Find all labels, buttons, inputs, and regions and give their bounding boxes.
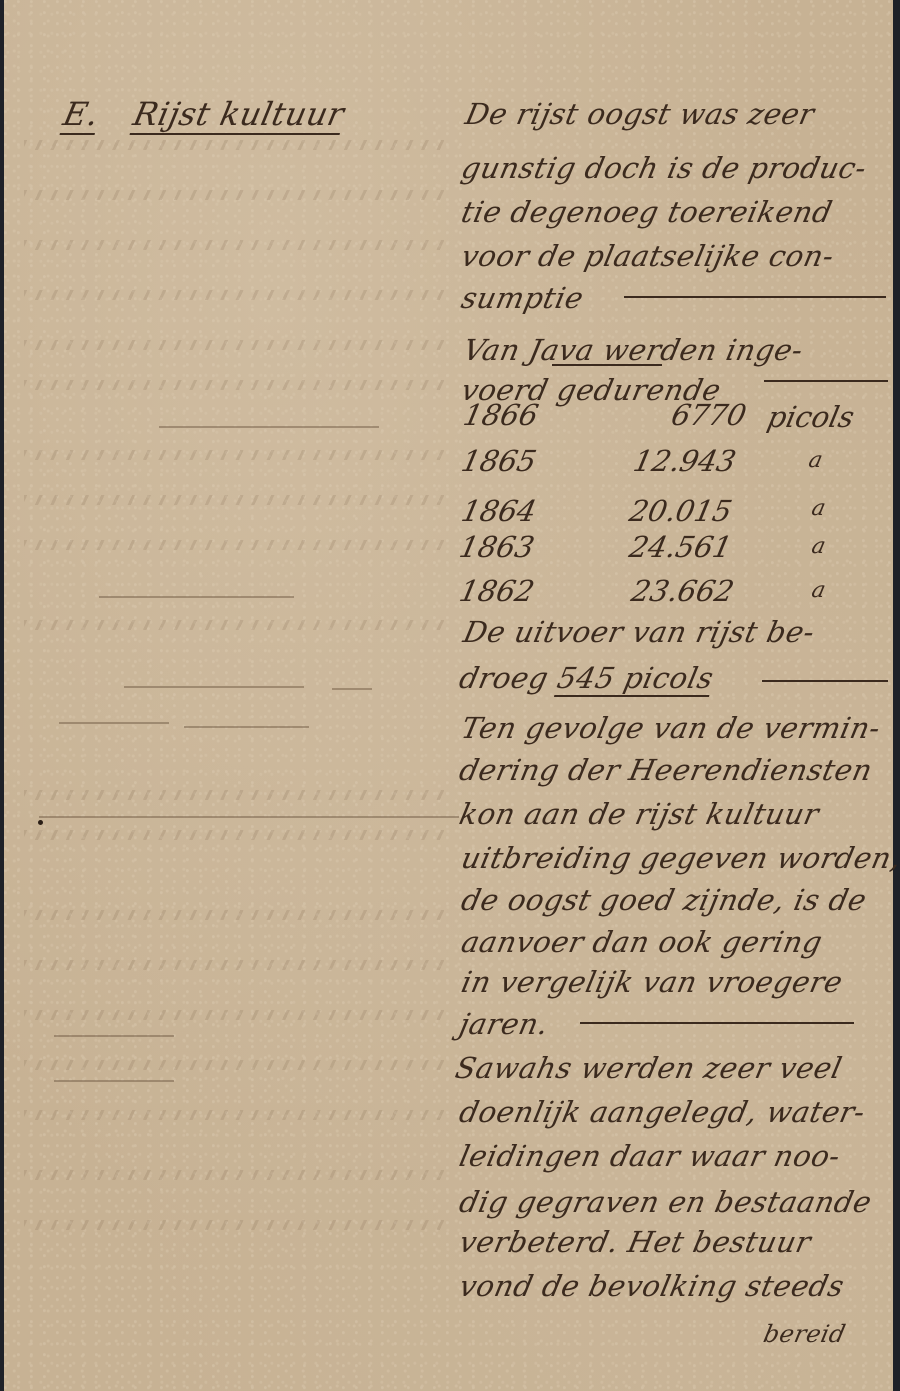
text-line: dig gegraven en bestaande [455, 1180, 876, 1224]
amount-cell: 20.015 [626, 494, 735, 528]
amount-cell: 6770 [668, 398, 749, 432]
unit-cell: picols [764, 400, 857, 434]
bleed-through-text [24, 130, 444, 1280]
text-line: verbeterd. Het bestuur [455, 1220, 815, 1264]
text-line: vond de bevolking steeds [455, 1264, 848, 1308]
text-line: tie degenoeg toereikend [457, 190, 836, 234]
text-line: sumptie [457, 276, 588, 320]
year-cell: 1864 [458, 494, 539, 528]
section-title: Rijst kultuur [129, 92, 348, 136]
text-line: gunstig doch is de produc- [457, 146, 871, 190]
text-line: De rijst oogst was zeer [461, 92, 818, 136]
amount-cell: 23.662 [628, 574, 737, 608]
text-line: kon aan de rijst kultuur [455, 792, 823, 836]
year-cell: 1862 [456, 574, 537, 608]
text-line: dering der Heerendiensten [455, 748, 876, 792]
line-filler-rule [764, 380, 888, 382]
text-line: uitbreiding gegeven worden, [457, 836, 900, 880]
year-cell: 1863 [456, 530, 537, 564]
export-amount: 545 picols [554, 661, 717, 697]
text-line: leidingen daar waar noo- [455, 1134, 844, 1178]
text-line: doenlijk aangelegd, water- [455, 1090, 869, 1134]
year-cell: 1866 [460, 398, 541, 432]
java-underline [552, 364, 662, 366]
amount-cell: 24.561 [626, 530, 735, 564]
text-line: aanvoer dan ook gering [457, 920, 826, 964]
text-line: Ten gevolge van de vermin- [457, 706, 884, 750]
text-line: droeg 545 picols [455, 656, 717, 700]
manuscript-page: E. Rijst kultuur De rijst oogst was zeer… [4, 0, 893, 1391]
line-filler-rule [762, 680, 888, 682]
ink-spot [38, 820, 43, 825]
year-cell: 1865 [458, 444, 539, 478]
text-line: De uitvoer van rijst be- [459, 610, 819, 654]
text-line: jaren. [455, 1002, 553, 1046]
line-filler-rule [624, 296, 886, 298]
text-line: de oogst goed zijnde, is de [457, 878, 870, 922]
text-line: in vergelijk van vroegere [457, 960, 847, 1004]
catchword: bereid [759, 1312, 850, 1356]
amount-cell: 12.943 [630, 444, 739, 478]
line-filler-rule [580, 1022, 854, 1024]
text-line: voor de plaatselijke con- [457, 234, 838, 278]
text-line: Sawahs werden zeer veel [451, 1046, 846, 1090]
